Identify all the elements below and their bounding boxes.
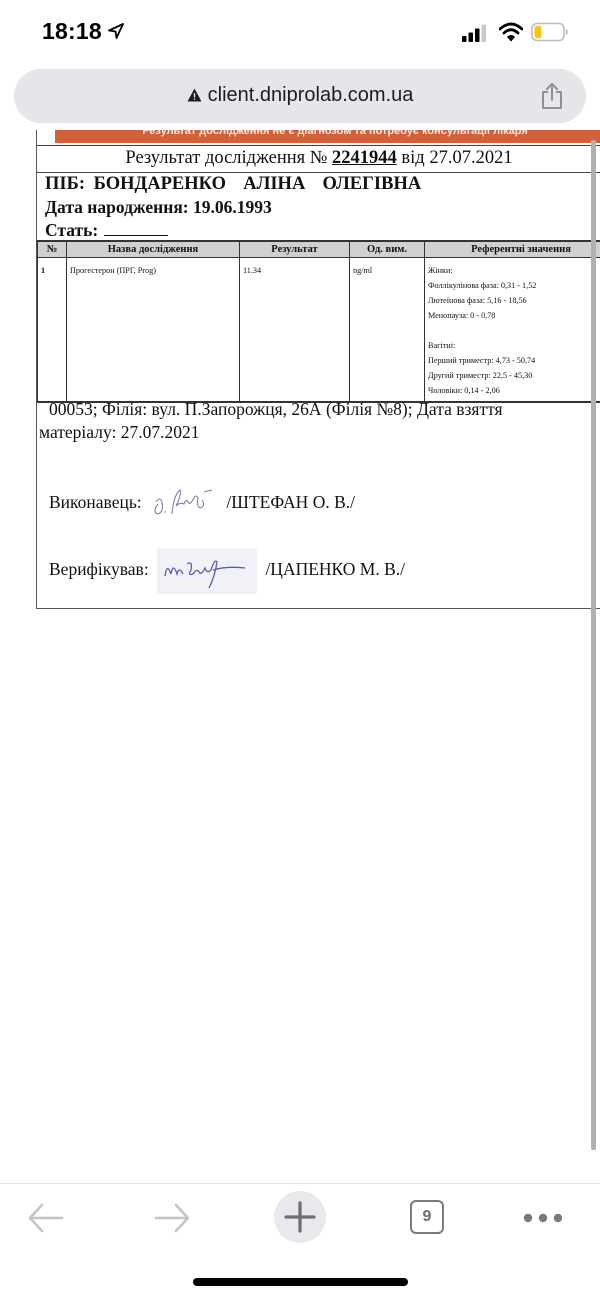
performer-signature-line: Виконавець: /ШТЕФАН О. В./	[49, 484, 355, 524]
row-num: 1	[38, 258, 67, 403]
cellular-signal-icon	[462, 24, 488, 42]
tab-count: 9	[410, 1200, 444, 1234]
performer-name: /ШТЕФАН О. В./	[226, 492, 355, 512]
new-tab-button[interactable]	[274, 1191, 326, 1243]
header-num: №	[38, 241, 67, 258]
reference-line: Фоллікулінова фаза: 0,31 - 1,52	[428, 278, 600, 293]
sample-info-line1: 00053; Філія: вул. П.Запорожця, 26А (Філ…	[39, 398, 579, 421]
header-test-name: Назва дослідження	[67, 241, 240, 258]
warning-triangle-icon	[187, 88, 202, 102]
date-of-birth: 19.06.1993	[193, 197, 272, 217]
row-test-name: Прогестерон (ПРГ, Prog)	[67, 258, 240, 403]
sex-blank-field	[104, 221, 168, 236]
reference-line: Другий триместр: 22,5 - 45,30	[428, 368, 600, 383]
battery-low-icon	[531, 22, 569, 42]
url-display[interactable]: client.dniprolab.com.ua	[14, 84, 586, 107]
reference-spacer	[428, 323, 600, 338]
date-of-birth-line: Дата народження: 19.06.1993	[45, 197, 272, 218]
web-content[interactable]: Результат дослідження не є діагнозом та …	[0, 130, 600, 1182]
verifier-label: Верифікував:	[49, 559, 149, 579]
performer-label: Виконавець:	[49, 492, 142, 512]
row-unit: ng/ml	[350, 258, 425, 403]
sample-info-line2: матеріалу: 27.07.2021	[39, 421, 579, 444]
status-time: 18:18	[42, 18, 102, 45]
reference-line: Чоловіки: 0,14 - 2,06	[428, 383, 600, 398]
arrow-left-icon[interactable]	[26, 1196, 66, 1240]
verifier-signature-line: Верифікував: /ЦАПЕНКО М. В./	[49, 548, 405, 594]
header-result: Результат	[240, 241, 350, 258]
header-reference: Референтні значення	[425, 241, 600, 258]
location-arrow-icon	[107, 22, 125, 40]
reference-line: Лютеїнова фаза: 5,16 - 18,56	[428, 293, 600, 308]
arrow-right-icon[interactable]	[152, 1196, 192, 1240]
tabs-button[interactable]: 9	[408, 1196, 446, 1240]
reference-line: Менопауза: 0 - 0,78	[428, 308, 600, 323]
more-dots-icon[interactable]	[520, 1196, 566, 1240]
table-header-row: № Назва дослідження Результат Од. вим. Р…	[38, 241, 600, 258]
divider	[37, 145, 600, 146]
home-indicator[interactable]	[193, 1278, 408, 1286]
result-date: 27.07.2021	[429, 148, 512, 168]
row-result: 11.34	[240, 258, 350, 403]
reference-line: Вагітні:	[428, 338, 600, 353]
row-reference: Жінки: Фоллікулінова фаза: 0,31 - 1,52 Л…	[425, 258, 600, 403]
header-unit: Од. вим.	[350, 241, 425, 258]
verifier-signature-icon	[157, 548, 257, 594]
patient-name-line: ПІБ: БОНДАРЕНКО АЛІНА ОЛЕГІВНА	[45, 174, 421, 195]
lab-result-document: Результат дослідження не є діагнозом та …	[36, 130, 600, 609]
document-frame: Результат дослідження не є діагнозом та …	[36, 130, 600, 609]
performer-signature-icon	[150, 484, 220, 524]
disclaimer-banner: Результат дослідження не є діагнозом та …	[55, 130, 600, 143]
reference-line: Жінки:	[428, 263, 600, 278]
divider	[37, 172, 600, 173]
reference-line: Перший триместр: 4,73 - 50,74	[428, 353, 600, 368]
table-row: 1 Прогестерон (ПРГ, Prog) 11.34 ng/ml Жі…	[38, 258, 600, 403]
results-table: № Назва дослідження Результат Од. вим. Р…	[37, 240, 600, 403]
wifi-icon	[499, 22, 523, 42]
sample-info: 00053; Філія: вул. П.Запорожця, 26А (Філ…	[39, 398, 579, 444]
vertical-scrollbar[interactable]	[591, 140, 596, 1150]
plus-icon	[274, 1191, 326, 1243]
url-text: client.dniprolab.com.ua	[208, 84, 414, 106]
verifier-name: /ЦАПЕНКО М. В./	[265, 559, 405, 579]
status-bar: 18:18	[0, 0, 600, 64]
address-bar[interactable]: client.dniprolab.com.ua	[14, 69, 586, 123]
result-title: Результат дослідження № 2241944 від 27.0…	[37, 148, 600, 169]
sex-line: Стать:	[45, 220, 168, 241]
share-icon[interactable]	[540, 82, 564, 110]
patient-name: БОНДАРЕНКО АЛІНА ОЛЕГІВНА	[94, 174, 422, 194]
result-number: 2241944	[332, 148, 397, 168]
